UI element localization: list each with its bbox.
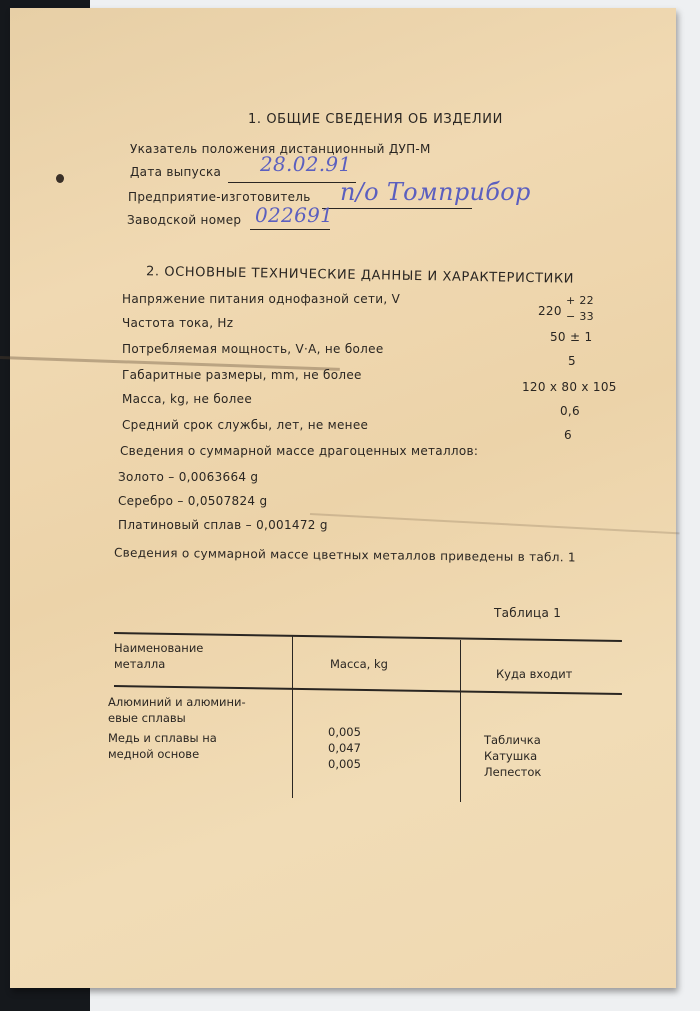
table-row-copper-mass: 0,005 0,047 0,005 [328, 724, 361, 772]
release-date-value: 28.02.91 [260, 152, 351, 176]
spec-label-voltage: Напряжение питания однофазной сети, V [122, 292, 400, 306]
spec-label-frequency: Частота тока, Hz [122, 316, 233, 330]
table-header-metal: Наименование металла [114, 640, 203, 672]
spec-voltage-tol-minus: − 33 [566, 310, 594, 323]
spec-voltage-tol-plus: + 22 [566, 294, 594, 307]
precious-heading: Сведения о суммарной массе драгоценных м… [120, 444, 478, 458]
fold-crease [310, 513, 680, 534]
punch-hole [56, 174, 64, 183]
spec-value-dimensions: 120 x 80 x 105 [522, 380, 617, 394]
table-caption: Таблица 1 [494, 606, 561, 620]
serial-value: 022691 [255, 203, 333, 227]
manufacturer-underline [322, 208, 472, 209]
spec-value-mass: 0,6 [560, 404, 580, 418]
spec-value-power: 5 [568, 354, 576, 368]
manufacturer-value: п/о Томприбор [340, 178, 531, 206]
section1-title: 1. ОБЩИЕ СВЕДЕНИЯ ОБ ИЗДЕЛИИ [248, 112, 503, 127]
precious-gold: Золото – 0,0063664 g [118, 470, 258, 484]
precious-silver-value: 0,0507824 g [188, 494, 268, 508]
precious-platinum: Платиновый сплав – 0,001472 g [118, 518, 328, 532]
document-page: 1. ОБЩИЕ СВЕДЕНИЯ ОБ ИЗДЕЛИИ Указатель п… [10, 8, 676, 988]
table-row-aluminium-metal: Алюминий и алюмини- евые сплавы [108, 694, 246, 726]
spec-label-lifetime: Средний срок службы, лет, не менее [122, 418, 368, 432]
manufacturer-label: Предприятие-изготовитель [128, 190, 311, 204]
spec-value-lifetime: 6 [564, 428, 572, 442]
table-header-where: Куда входит [496, 666, 572, 682]
spec-label-dimensions: Габаритные размеры, mm, не более [122, 368, 362, 382]
table-row-copper-where: Табличка Катушка Лепесток [484, 732, 541, 780]
serial-label: Заводской номер [127, 213, 241, 227]
release-date-underline [228, 182, 356, 183]
table-col-divider-2 [460, 640, 461, 802]
precious-silver-label: Серебро [118, 494, 173, 508]
serial-underline [250, 229, 330, 230]
precious-silver: Серебро – 0,0507824 g [118, 494, 267, 508]
nonferrous-note: Сведения о суммарной массе цветных метал… [114, 546, 576, 565]
table-row-copper-metal: Медь и сплавы на медной основе [108, 730, 217, 762]
spec-label-mass: Масса, kg, не более [122, 392, 252, 406]
section2-title: 2. ОСНОВНЫЕ ТЕХНИЧЕСКИЕ ДАННЫЕ И ХАРАКТЕ… [146, 264, 574, 286]
spec-value-frequency: 50 ± 1 [550, 330, 592, 344]
precious-platinum-value: 0,001472 g [256, 518, 328, 532]
spec-label-power: Потребляемая мощность, V·A, не более [122, 342, 384, 356]
release-date-label: Дата выпуска [130, 165, 221, 179]
precious-platinum-label: Платиновый сплав [118, 518, 242, 532]
table-col-divider-1 [292, 636, 293, 798]
spec-value-voltage: 220 [538, 304, 562, 318]
table-header-mass: Масса, kg [330, 656, 388, 672]
precious-gold-label: Золото [118, 470, 164, 484]
precious-gold-value: 0,0063664 g [179, 470, 259, 484]
